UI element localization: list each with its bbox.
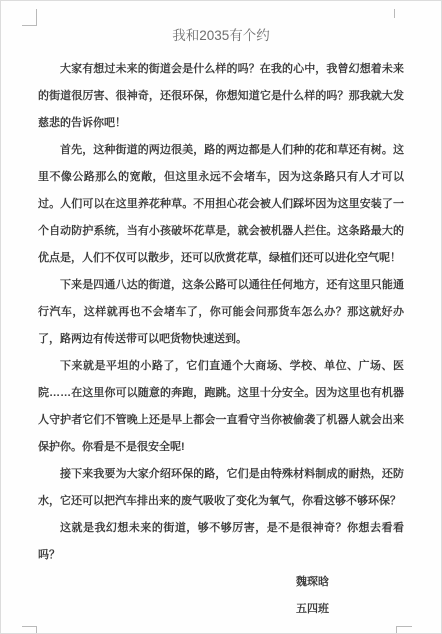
paragraph-eco-road: 接下来我要为大家介绍环保的路，它们是由特殊材料制成的耐热，还防水，它还可以把汽车…: [38, 461, 404, 515]
paragraph-flat-path: 下来就是平坦的小路了，它们直通个大商场、学校、单位、广场、医院……在这里你可以随…: [38, 353, 404, 461]
margin-crop-mark-top-right: [394, 9, 395, 18]
document-title: 我和2035有个约: [1, 27, 441, 44]
margin-crop-mark-bottom-right: [396, 626, 412, 634]
paragraph-intro: 大家有想过未来的街道会是什么样的吗？在我的心中，我曾幻想着未来的街道很厉害、很神…: [38, 56, 404, 137]
signature-author: 魏琛晗: [38, 569, 404, 596]
paragraph-car-street: 下来是四通八达的街道，这条公路可以通往任何地方，还有这里只能通行汽车，这样就再也…: [38, 272, 404, 353]
document-body: 大家有想过未来的街道会是什么样的吗？在我的心中，我曾幻想着未来的街道很厉害、很神…: [38, 56, 404, 623]
paragraph-flower-street: 首先，这种街道的两边很美，路的两边都是人们种的花和草还有树。这里不像公路那么的宽…: [38, 137, 404, 272]
signature-class: 五四班: [38, 596, 404, 623]
paragraph-conclusion: 这就是我幻想未来的街道，够不够厉害，是不是很神奇？你想去看看吗？: [38, 515, 404, 569]
margin-crop-mark-bottom-left: [22, 626, 37, 634]
document-page: 我和2035有个约 大家有想过未来的街道会是什么样的吗？在我的心中，我曾幻想着未…: [0, 0, 442, 634]
margin-crop-mark-top-left: [22, 9, 37, 26]
